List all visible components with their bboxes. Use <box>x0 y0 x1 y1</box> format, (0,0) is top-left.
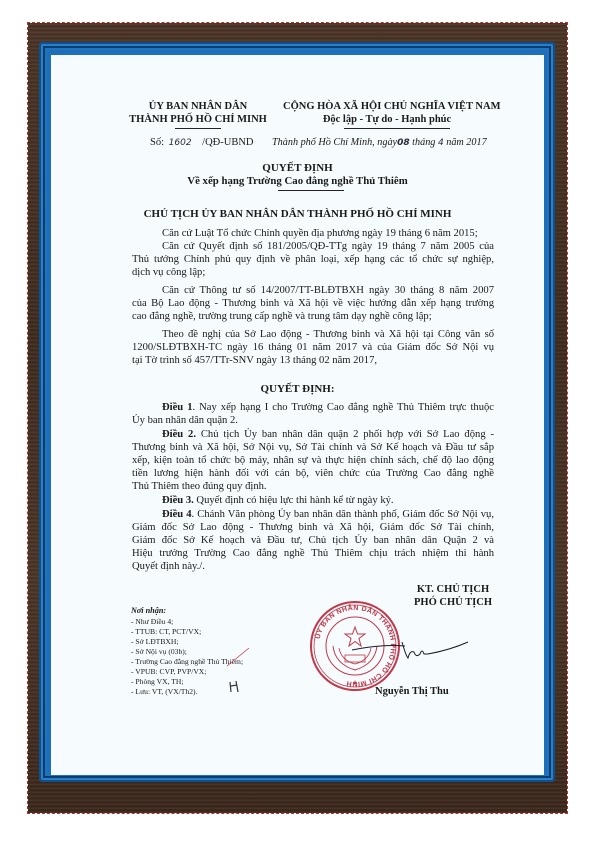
decision-heading: QUYẾT ĐỊNH: <box>0 383 595 395</box>
number-handwritten: 1602 <box>169 138 192 148</box>
article-2-line: xếp, kiện toàn tổ chức bộ máy, nhân sự v… <box>132 454 494 467</box>
article-3-line: Điều 3. Quyết định có hiệu lực thi hành … <box>162 494 494 507</box>
preamble-line: của Bộ Lao động - Thương binh và Xã hội … <box>132 297 494 310</box>
recipient-item: - Sở Nội vụ (03b); <box>131 647 187 657</box>
nation-header: CỘNG HÒA XÃ HỘI CHỦ NGHĨA VIỆT NAM Độc l… <box>283 100 491 126</box>
date-day: 08 <box>397 138 410 148</box>
signature-subtitle: PHÓ CHỦ TỊCH <box>408 596 498 609</box>
preamble-line: Thủ tướng Chính phủ quy định về phân loạ… <box>132 253 494 266</box>
recipient-item: - Như Điều 4; <box>131 617 173 627</box>
handwritten-initials-mark <box>228 680 242 694</box>
preamble-line: cao đẳng nghề, trường trung cấp nghề và … <box>132 310 494 323</box>
preamble-line: 1200/SLĐTBXH-TC ngày 16 tháng 01 năm 201… <box>132 341 494 354</box>
recipient-item: - Sở LĐTBXH; <box>131 637 178 647</box>
article-4-label: Điều 4 <box>162 509 192 520</box>
article-4-line: Giám đốc Sở Kế hoạch và Đầu tư, Chủ tịch… <box>132 534 494 547</box>
article-2-text: Chủ tịch Ủy ban nhân dân quận 2 phối hợp… <box>196 429 494 440</box>
article-4-line: Hiệu trưởng Trường Cao đẳng nghề Thủ Thi… <box>132 547 494 560</box>
article-3-label: Điều 3. <box>162 495 194 506</box>
recipient-item: - TTUB: CT, PCT/VX; <box>131 627 201 637</box>
nation-line1: CỘNG HÒA XÃ HỘI CHỦ NGHĨA VIỆT NAM <box>283 100 491 113</box>
article-4-line: Quyết định này./. <box>132 560 494 573</box>
preamble-line: tại Tờ trình số 457/TTr-SNV ngày 13 thán… <box>132 354 494 367</box>
preamble-line: Căn cứ Quyết định số 181/2005/QĐ-TTg ngà… <box>162 240 494 253</box>
article-3-text: Quyết định có hiệu lực thi hành kể từ ng… <box>194 495 394 506</box>
recipient-item: - Phòng VX, TH; <box>131 677 183 687</box>
article-4-line: Giám đốc Sở Lao động - Thương binh và Xã… <box>132 521 494 534</box>
agency-line1: ỦY BAN NHÂN DÂN <box>108 100 288 113</box>
recipients-heading: Nơi nhận: <box>131 606 166 616</box>
title-underline <box>278 190 344 191</box>
number-prefix: Số: <box>150 137 164 148</box>
preamble-line: dịch vụ công lập; <box>132 266 494 279</box>
title-main: QUYẾT ĐỊNH <box>0 162 595 174</box>
issuer-heading: CHỦ TỊCH ỦY BAN NHÂN DÂN THÀNH PHỐ HỒ CH… <box>0 208 595 220</box>
nation-motto: Độc lập - Tự do - Hạnh phúc <box>283 113 491 126</box>
date-prefix: Thành phố Hồ Chí Minh, ngày <box>272 137 397 148</box>
recipient-item: - VPUB: CVP, PVP/VX; <box>131 667 206 677</box>
signature-title: KT. CHỦ TỊCH <box>408 583 498 596</box>
article-1-line: Ủy ban nhân dân quận 2. <box>132 414 494 427</box>
handwritten-checkmark <box>225 646 251 668</box>
agency-header: ỦY BAN NHÂN DÂN THÀNH PHỐ HỒ CHÍ MINH <box>108 100 288 126</box>
article-2-line: tiền lương hiện hành đối với cán bộ, viê… <box>132 467 494 480</box>
date-mid: tháng <box>412 137 435 148</box>
article-2-line: Thủ Thiêm theo đúng quy định. <box>132 480 494 493</box>
article-4-line: Điều 4. Chánh Văn phòng Ủy ban nhân dân … <box>162 508 494 521</box>
signer-name: Nguyễn Thị Thu <box>375 686 449 697</box>
article-2-label: Điều 2. <box>162 429 196 440</box>
number-suffix: /QĐ-UBND <box>202 137 253 148</box>
recipient-item: - Lưu: VT, (VX/Th2). <box>131 687 197 697</box>
signature-block: KT. CHỦ TỊCH PHÓ CHỦ TỊCH <box>408 583 498 609</box>
document-date: Thành phố Hồ Chí Minh, ngày08 tháng 4 nă… <box>272 137 487 148</box>
agency-underline <box>175 128 221 129</box>
date-suffix: năm 2017 <box>446 137 486 148</box>
date-month: 4 <box>438 138 444 148</box>
agency-line2: THÀNH PHỐ HỒ CHÍ MINH <box>108 113 288 126</box>
article-4-text: . Chánh Văn phòng Ủy ban nhân dân thành … <box>192 509 494 520</box>
article-1-label: Điều 1 <box>162 402 193 413</box>
preamble-line: Căn cứ Luật Tổ chức Chính quyền địa phươ… <box>162 227 494 240</box>
preamble-line: Theo đề nghị của Sở Lao động - Thương bi… <box>162 328 494 341</box>
document-number: Số: 1602 /QĐ-UBND <box>150 137 254 148</box>
title-subject: Về xếp hạng Trường Cao đẳng nghề Thủ Thi… <box>0 175 595 187</box>
article-1-text: . Nay xếp hạng I cho Trường Cao đẳng ngh… <box>193 402 495 413</box>
motto-underline <box>344 128 450 129</box>
article-2-line: Điều 2. Chủ tịch Ủy ban nhân dân quận 2 … <box>162 428 494 441</box>
handwritten-signature <box>350 636 470 666</box>
article-2-line: Thương binh và Xã hội, Sở Nội vụ, Sở Tài… <box>132 441 494 454</box>
article-1-line: Điều 1. Nay xếp hạng I cho Trường Cao đẳ… <box>162 401 494 414</box>
preamble-line: Căn cứ Thông tư số 14/2007/TT-BLĐTBXH ng… <box>162 284 494 297</box>
